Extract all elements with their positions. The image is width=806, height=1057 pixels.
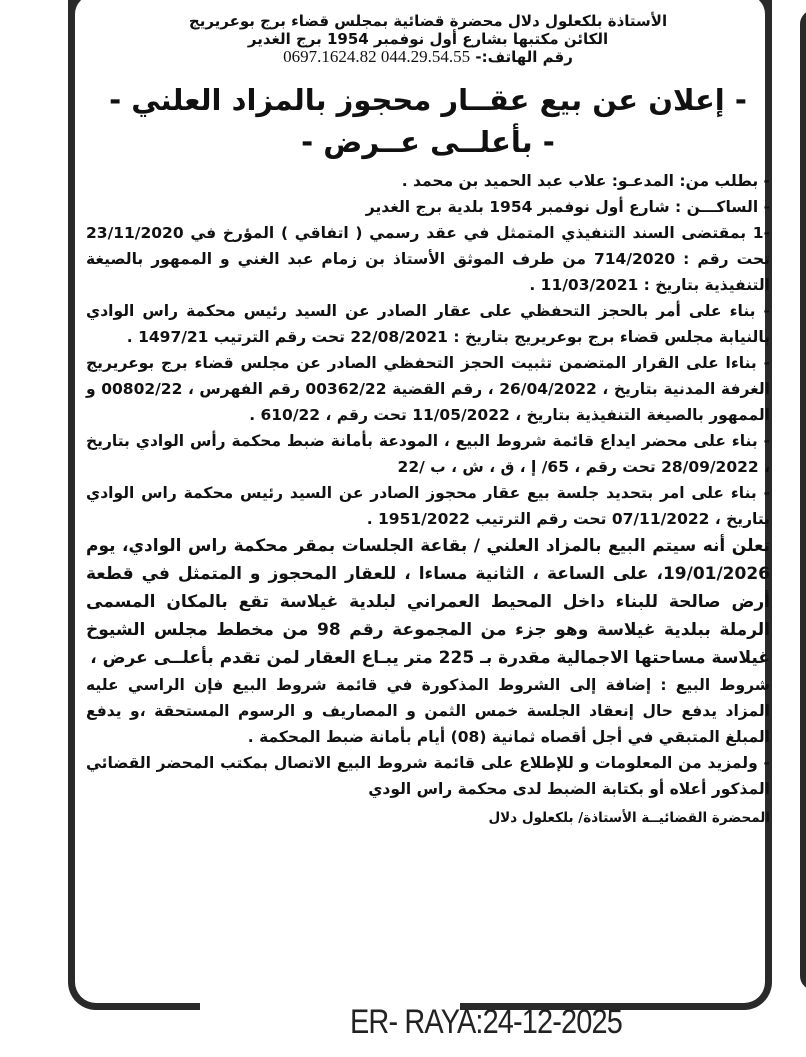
paragraph-more-info: - ولمزيد من المعلومات و للإطلاع على قائم… [86, 750, 770, 802]
paragraph-seizure-confirmation: - بناءا على القرار المتضمن تثبيت الحجز ا… [86, 350, 770, 428]
paragraph-conditions-deposit: - بناء على محضر ايداع قائمة شروط البيع ،… [86, 428, 770, 480]
bailiff-phone-line: رقم الهاتف:- 0697.1624.82 044.29.54.55 [86, 48, 770, 66]
paragraph-sale-conditions: شروط البيع : إضافة إلى الشروط المذكورة ف… [86, 672, 770, 750]
bailiff-address-line: الكائن مكتبها بشارع أول نوفمبر 1954 برج … [86, 30, 770, 48]
signature: المحضرة القضائيــة الأستاذة/ بلكعلول دلا… [86, 808, 770, 828]
paragraph-session-order: - بناء على امر بتحديد جلسة بيع عقار محجو… [86, 480, 770, 532]
paragraph-seizure-order: - بناء على أمر بالحجز التحفظي على عقار ا… [86, 298, 770, 350]
notice-subtitle: - بأعلــى عــرض - [86, 122, 770, 162]
bailiff-header: الأستاذة بلكعلول دلال محضرة قضائية بمجلس… [86, 12, 770, 66]
notice-title: - إعلان عن بيع عقــار محجوز بالمزاد العل… [86, 78, 770, 122]
paragraph-residence: - الساكـــن : شارع أول نوفمبر 1954 بلدية… [86, 194, 770, 220]
adjacent-ad-border [800, 10, 806, 990]
paragraph-requester: - بطلب من: المدعـو: علاب عبد الحميد بن م… [86, 168, 770, 194]
newspaper-date-stamp: ER- RAYA:24-12-2025 [350, 1003, 622, 1042]
phone-label: رقم الهاتف:- [475, 48, 572, 66]
bailiff-name-line: الأستاذة بلكعلول دلال محضرة قضائية بمجلس… [86, 12, 770, 30]
phone-numbers: 0697.1624.82 044.29.54.55 [283, 47, 470, 66]
paragraph-sale-announcement: تعلن أنه سيتم البيع بالمزاد العلني / بقا… [86, 532, 770, 672]
paragraph-executive-title: -1 بمقتضى السند التنفيذي المتمثل في عقد … [86, 220, 770, 298]
legal-notice: الأستاذة بلكعلول دلال محضرة قضائية بمجلس… [86, 12, 770, 828]
